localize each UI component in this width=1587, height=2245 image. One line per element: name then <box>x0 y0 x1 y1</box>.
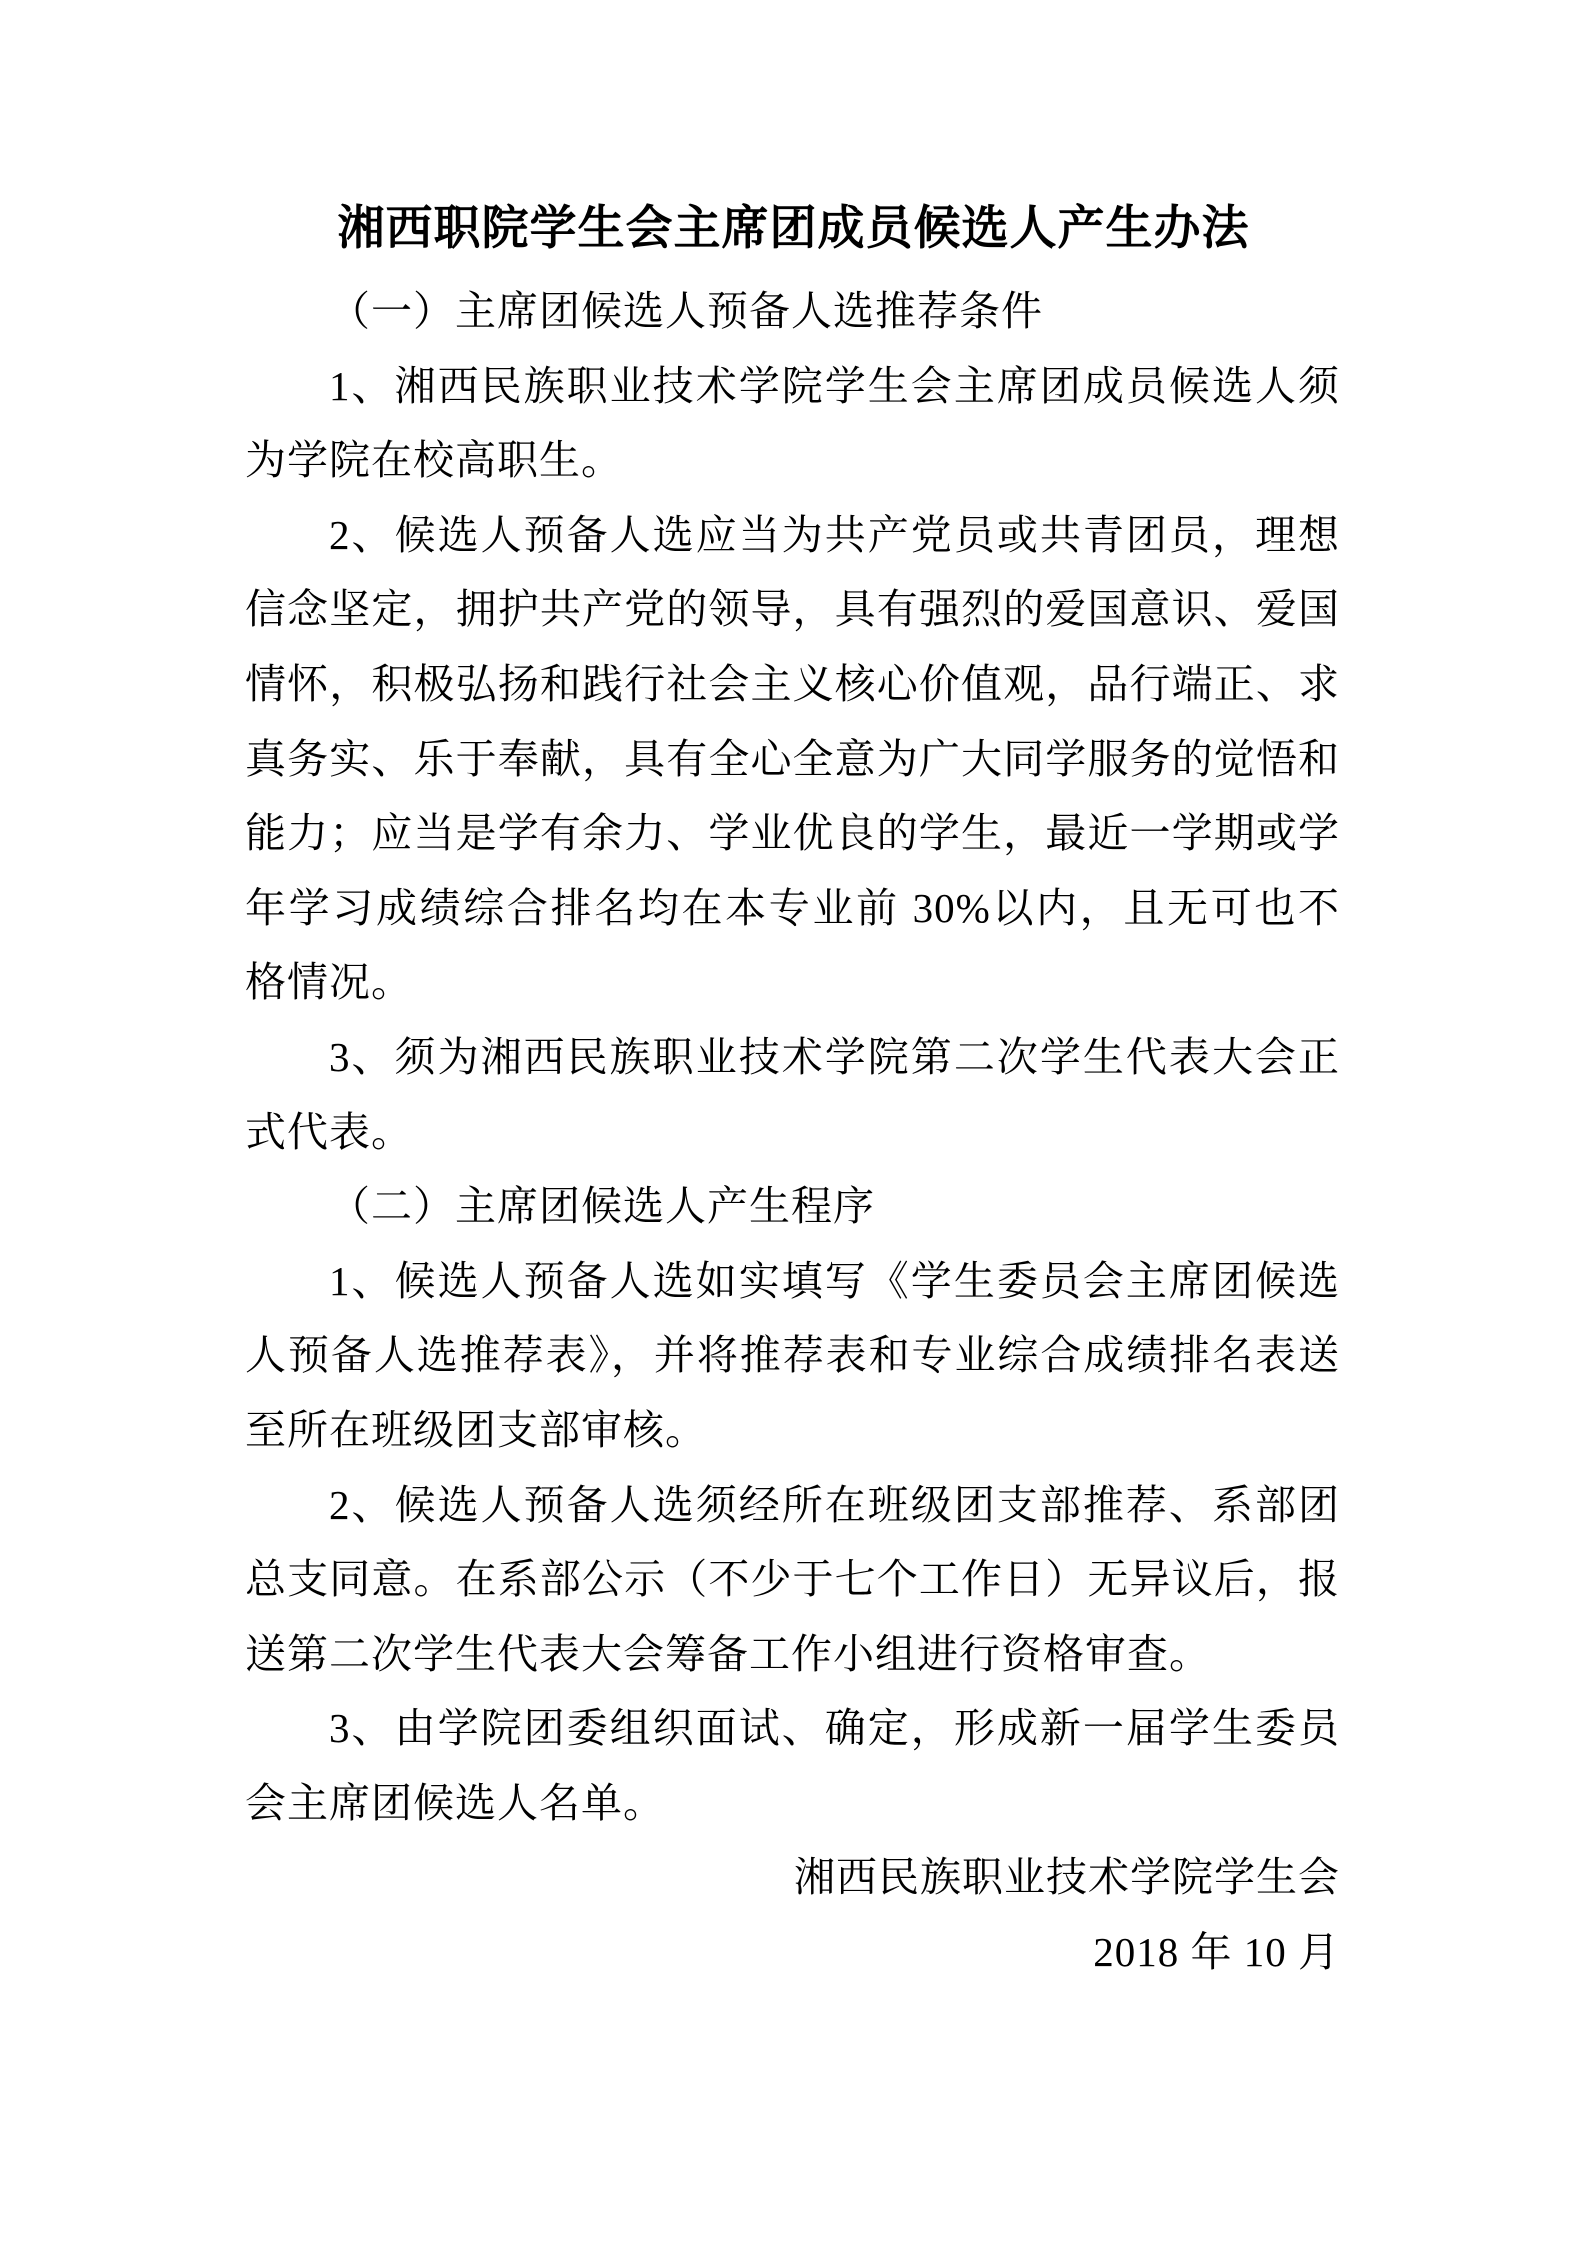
document-line: 总支同意。在系部公示（不少于七个工作日）无异议后，报 <box>245 1542 1340 1617</box>
document-line: 会主席团候选人名单。 <box>245 1766 1340 1841</box>
document-line: 能力；应当是学有余力、学业优良的学生，最近一学期或学 <box>245 796 1340 871</box>
document-line: 格情况。 <box>245 945 1340 1020</box>
document-line: 2、候选人预备人选须经所在班级团支部推荐、系部团 <box>245 1468 1340 1543</box>
document-line: 1、候选人预备人选如实填写《学生委员会主席团候选 <box>245 1244 1340 1319</box>
document-line: 1、湘西民族职业技术学院学生会主席团成员候选人须 <box>245 349 1340 424</box>
document-line: 送第二次学生代表大会筹备工作小组进行资格审查。 <box>245 1617 1340 1692</box>
document-line: 年学习成绩综合排名均在本专业前 30%以内，且无可也不及 <box>245 871 1340 946</box>
document-line: 2018 年 10 月 <box>245 1915 1340 1990</box>
document-body: （一）主席团候选人预备人选推荐条件1、湘西民族职业技术学院学生会主席团成员候选人… <box>245 274 1340 1990</box>
document-line: 式代表。 <box>245 1095 1340 1170</box>
document-line: 真务实、乐于奉献，具有全心全意为广大同学服务的觉悟和 <box>245 722 1340 797</box>
document-line: 至所在班级团支部审核。 <box>245 1393 1340 1468</box>
document-line: （二）主席团候选人产生程序 <box>245 1169 1340 1244</box>
document-line: 2、候选人预备人选应当为共产党员或共青团员，理想 <box>245 498 1340 573</box>
document-line: 3、由学院团委组织面试、确定，形成新一届学生委员 <box>245 1691 1340 1766</box>
document-line: 人预备人选推荐表》，并将推荐表和专业综合成绩排名表送 <box>245 1318 1340 1393</box>
document-line: 湘西民族职业技术学院学生会 <box>245 1840 1340 1915</box>
document-page: 湘西职院学生会主席团成员候选人产生办法 （一）主席团候选人预备人选推荐条件1、湘… <box>0 0 1587 2245</box>
document-line: （一）主席团候选人预备人选推荐条件 <box>245 274 1340 349</box>
document-line: 3、须为湘西民族职业技术学院第二次学生代表大会正 <box>245 1020 1340 1095</box>
document-title: 湘西职院学生会主席团成员候选人产生办法 <box>0 188 1587 270</box>
document-line: 信念坚定，拥护共产党的领导，具有强烈的爱国意识、爱国 <box>245 572 1340 647</box>
document-line: 情怀，积极弘扬和践行社会主义核心价值观，品行端正、求 <box>245 647 1340 722</box>
document-line: 为学院在校高职生。 <box>245 423 1340 498</box>
